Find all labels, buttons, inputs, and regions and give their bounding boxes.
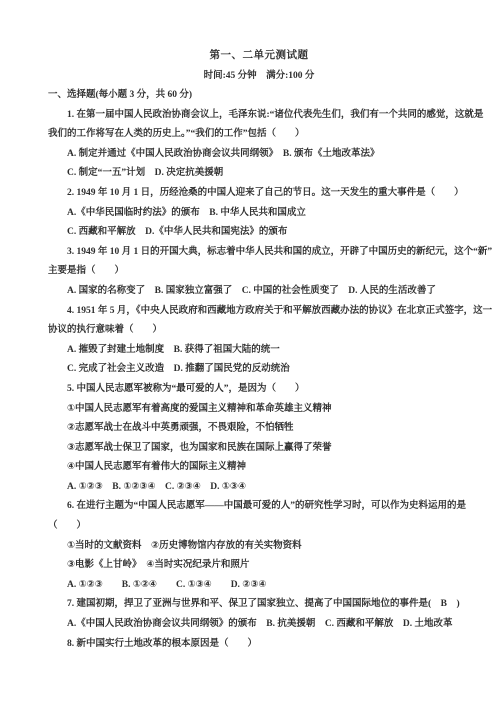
- question-6-items-3-4: ③电影《上甘岭》 ④当时实况纪录片和照片: [48, 556, 470, 576]
- question-7-options: A.《中国人民政治协商会议共同纲领》的颁布 B. 抗美援朝 C. 西藏和平解放 …: [48, 615, 470, 635]
- question-4-text-line-2: 协议的执行意味着（ ）: [48, 321, 470, 341]
- question-3-text-line-1: 3. 1949 年 10 月 1 日的开国大典，标志着中华人民共和国的成立，开辟…: [48, 243, 470, 263]
- question-6-options: A. ①②③ B. ①②④ C. ①③④ D. ②③④: [48, 576, 470, 596]
- question-3-text-line-2: 主要是指（ ）: [48, 262, 470, 282]
- question-5-options: A. ①②③ B. ①②③④ C. ②③④ D. ①③④: [48, 478, 470, 498]
- question-5-item-1: ①中国人民志愿军有着高度的爱国主义精神和革命英雄主义精神: [48, 400, 470, 420]
- question-4-options-ab: A. 摧毁了封建土地制度 B. 获得了祖国大陆的统一: [48, 341, 470, 361]
- document-lines: 一、选择题(每小题 3 分，共 60 分)1. 在第一届中国人民政治协商会议上，…: [48, 86, 470, 654]
- question-2-options-ab: A.《中华民国临时约法》的颁布 B. 中华人民共和国成立: [48, 204, 470, 224]
- section-heading: 一、选择题(每小题 3 分，共 60 分): [48, 86, 470, 106]
- question-5-item-3: ③志愿军战士保卫了国家，也为国家和民族在国际上赢得了荣誉: [48, 439, 470, 459]
- question-2-options-cd: C. 西藏和平解放 D.《中华人民共和国宪法》的颁布: [48, 223, 470, 243]
- question-5-item-4: ④中国人民志愿军有着伟大的国际主义精神: [48, 458, 470, 478]
- question-6-items-1-2: ①当时的文献资料 ②历史博物馆内存放的有关实物资料: [48, 537, 470, 557]
- question-5-item-2: ②志愿军战士在战斗中英勇顽强，不畏艰险，不怕牺牲: [48, 419, 470, 439]
- question-1-text-line-2: 我们的工作将写在人类的历史上。”“我们的工作”包括（ ）: [48, 125, 470, 145]
- question-1-options-ab: A. 制定并通过《中国人民政治协商会议共同纲领》 B. 颁布《土地改革法》: [48, 145, 470, 165]
- question-4-options-cd: C. 完成了社会主义改造 D. 推翻了国民党的反动统治: [48, 360, 470, 380]
- question-5-text: 5. 中国人民志愿军被称为“最可爱的人”，是因为（ ）: [48, 380, 470, 400]
- question-4-text-line-1: 4. 1951 年 5 月，《中央人民政府和西藏地方政府关于和平解放西藏办法的协…: [48, 302, 470, 322]
- question-6-text-line-2: （ ）: [48, 517, 470, 537]
- question-2-text: 2. 1949 年 10 月 1 日，历经沧桑的中国人迎来了自己的节日。这一天发…: [48, 184, 470, 204]
- test-paper-page: 第一、二单元测试题 时间:45 分钟 满分:100 分 一、选择题(每小题 3 …: [0, 0, 500, 707]
- question-1-text-line-1: 1. 在第一届中国人民政治协商会议上，毛泽东说:“诸位代表先生们，我们有一个共同…: [48, 106, 470, 126]
- document-body: 第一、二单元测试题 时间:45 分钟 满分:100 分 一、选择题(每小题 3 …: [0, 0, 500, 654]
- exam-time-score-line: 时间:45 分钟 满分:100 分: [48, 66, 470, 86]
- question-1-options-cd: C. 制定“一五”计划 D. 决定抗美援朝: [48, 164, 470, 184]
- question-6-text-line-1: 6. 在进行主题为“中国人民志愿军——中国最可爱的人”的研究性学习时，可以作为史…: [48, 497, 470, 517]
- question-7-text: 7. 建国初期，捍卫了亚洲与世界和平、保卫了国家独立、提高了中国国际地位的事件是…: [48, 595, 470, 615]
- question-3-options: A. 国家的名称变了 B. 国家独立富强了 C. 中国的社会性质变了 D. 人民…: [48, 282, 470, 302]
- question-8-text: 8. 新中国实行土地改革的根本原因是（ ）: [48, 635, 470, 655]
- page-title: 第一、二单元测试题: [48, 46, 470, 66]
